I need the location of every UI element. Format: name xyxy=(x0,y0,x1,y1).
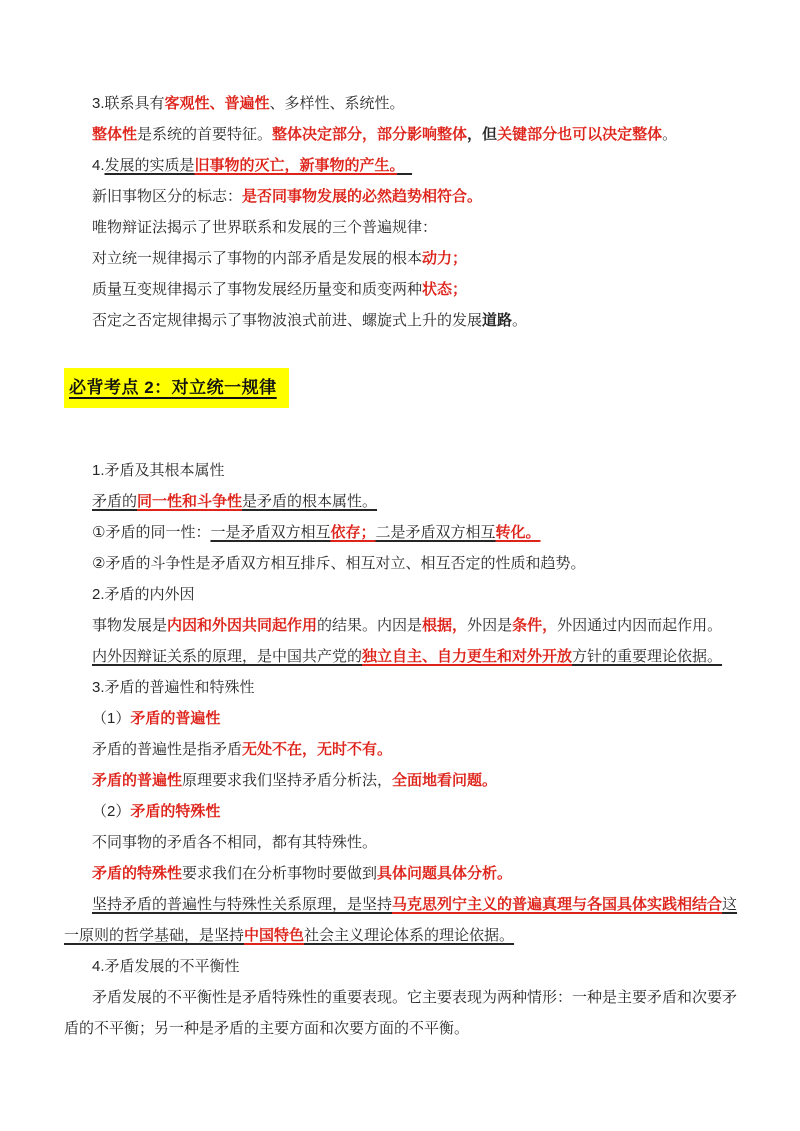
text-run: 根据， xyxy=(422,617,467,634)
paragraph: 内外因辩证关系的原理，是中国共产党的独立自主、自力更生和对外开放方针的重要理论依… xyxy=(64,641,744,672)
text-run: 社会主义理论体系的理论依据。 xyxy=(304,927,514,944)
text-run: 转化 xyxy=(496,524,526,541)
text-run: 是系统的首要特征。 xyxy=(137,126,272,143)
text-run: 3.联系具有 xyxy=(92,95,165,112)
text-run: 矛盾的普遍性 xyxy=(130,710,220,727)
text-run: ②矛盾的斗争性是矛盾双方相互排斥、相互对立、相互否定的性质和趋势。 xyxy=(92,555,585,572)
text-run: 2.矛盾的内外因 xyxy=(92,586,195,603)
paragraph: （2）矛盾的特殊性 xyxy=(64,796,744,827)
paragraph: 矛盾的同一性和斗争性是矛盾的根本属性。 xyxy=(64,486,744,517)
section-heading: 必背考点 2：对立统一规律 xyxy=(64,368,289,408)
paragraph: 1.矛盾及其根本属性 xyxy=(64,455,744,486)
paragraph: 矛盾的特殊性要求我们在分析事物时要做到具体问题具体分析。 xyxy=(64,858,744,889)
text-run: 全面地看问题。 xyxy=(392,772,497,789)
paragraph: 不同事物的矛盾各不相同，都有其特殊性。 xyxy=(64,827,744,858)
text-run: 客观性、普遍性 xyxy=(165,95,270,112)
document-page: 3.联系具有客观性、普遍性、多样性、系统性。整体性是系统的首要特征。整体决定部分… xyxy=(0,0,800,1131)
text-run: 。 xyxy=(512,312,527,329)
text-run: 整体性 xyxy=(92,126,137,143)
paragraph: 事物发展是内因和外因共同起作用的结果。内因是根据，外因是条件，外因通过内因而起作… xyxy=(64,610,744,641)
paragraph: 新旧事物区分的标志：是否同事物发展的必然趋势相符合。 xyxy=(64,181,744,212)
text-run: 。 xyxy=(526,524,541,541)
notes-block-dialectics-overview: 3.联系具有客观性、普遍性、多样性、系统性。整体性是系统的首要特征。整体决定部分… xyxy=(64,88,744,336)
text-run: 4. xyxy=(92,157,105,174)
paragraph: （1）矛盾的普遍性 xyxy=(64,703,744,734)
text-run: 坚持矛盾的普遍性与特殊性关系原理，是坚持 xyxy=(92,896,392,913)
text-run: 原理要求我们坚持矛盾分析法， xyxy=(182,772,392,789)
text-run: 二是矛盾双方相互 xyxy=(375,524,495,541)
paragraph: 对立统一规律揭示了事物的内部矛盾是发展的根本动力； xyxy=(64,243,744,274)
paragraph: 4.矛盾发展的不平衡性 xyxy=(64,951,744,982)
paragraph: 3.联系具有客观性、普遍性、多样性、系统性。 xyxy=(64,88,744,119)
text-run: 4.矛盾发展的不平衡性 xyxy=(92,958,240,975)
text-run: 具体问题具体分析。 xyxy=(377,865,512,882)
text-run: 1.矛盾及其根本属性 xyxy=(92,462,225,479)
paragraph: 矛盾的普遍性原理要求我们坚持矛盾分析法，全面地看问题。 xyxy=(64,765,744,796)
paragraph: 4.发展的实质是旧事物的灭亡，新事物的产生。 xyxy=(64,150,744,181)
text-run: 外因通过内因而起作用。 xyxy=(557,617,722,634)
paragraph: 整体性是系统的首要特征。整体决定部分，部分影响整体，但关键部分也可以决定整体。 xyxy=(64,119,744,150)
paragraph: 2.矛盾的内外因 xyxy=(64,579,744,610)
text-run: 旧事物的灭亡，新事物的产生。 xyxy=(195,157,398,174)
text-run: 要求我们在分析事物时要做到 xyxy=(182,865,377,882)
text-run: 唯物辩证法揭示了世界联系和发展的三个普遍规律： xyxy=(92,219,437,236)
text-run: 内因和外因共同起作用 xyxy=(167,617,317,634)
text-run: 关键部分也可以决定整体 xyxy=(497,126,662,143)
text-run: 质量互变规律揭示了事物发展经历量变和质变两种 xyxy=(92,281,422,298)
text-run: 整体决定部分，部分影响整体 xyxy=(272,126,467,143)
text-run: 不同事物的矛盾各不相同，都有其特殊性。 xyxy=(92,834,377,851)
paragraph: 坚持矛盾的普遍性与特殊性关系原理，是坚持马克思列宁主义的普遍真理与各国具体实践相… xyxy=(64,889,744,951)
text-run: 条件， xyxy=(512,617,557,634)
text-run: 的结果。内因是 xyxy=(317,617,422,634)
text-run: ①矛盾的同一性： xyxy=(92,524,210,541)
text-run: 独立自主、自力更生和对外开放 xyxy=(362,648,572,665)
text-run: 一是矛盾双方相互 xyxy=(210,524,330,541)
text-run: 道路 xyxy=(482,312,512,329)
text-run xyxy=(397,157,412,174)
text-run: 矛盾的特殊性 xyxy=(130,803,220,820)
text-run: 矛盾的普遍性是指矛盾 xyxy=(92,741,242,758)
text-run: 马克思列宁主义的普遍真理与各国具体实践相结合 xyxy=(392,896,722,913)
text-run: 内外因辩证关系的原理，是中国共产党的 xyxy=(92,648,362,665)
text-run: 。 xyxy=(662,126,677,143)
text-run: 是否同事物发展的必然趋势相符合。 xyxy=(242,188,482,205)
text-run: 对立统一规律揭示了事物的内部矛盾是发展的根本 xyxy=(92,250,422,267)
text-run: 方针的重要理论依据。 xyxy=(572,648,722,665)
text-run: 是矛盾的根本属性。 xyxy=(242,493,377,510)
notes-block-contradiction-law: 1.矛盾及其根本属性矛盾的同一性和斗争性是矛盾的根本属性。①矛盾的同一性：一是矛… xyxy=(64,455,744,1044)
text-run: 3.矛盾的普遍性和特殊性 xyxy=(92,679,255,696)
text-run: 事物发展是 xyxy=(92,617,167,634)
text-run: （1） xyxy=(92,710,130,727)
text-run: 中国特色 xyxy=(244,927,304,944)
paragraph: 3.矛盾的普遍性和特殊性 xyxy=(64,672,744,703)
text-run: 、多样性、系统性。 xyxy=(270,95,405,112)
text-run: 依存； xyxy=(330,524,375,541)
paragraph: 矛盾的普遍性是指矛盾无处不在，无时不有。 xyxy=(64,734,744,765)
text-run: 矛盾的 xyxy=(92,493,137,510)
text-run: 否定之否定规律揭示了事物波浪式前进、螺旋式上升的发展 xyxy=(92,312,482,329)
text-run: 动力； xyxy=(422,250,467,267)
paragraph: ①矛盾的同一性：一是矛盾双方相互依存；二是矛盾双方相互转化。 xyxy=(64,517,744,548)
text-run: 新旧事物区分的标志： xyxy=(92,188,242,205)
text-run: 矛盾发展的不平衡性是矛盾特殊性的重要表现。它主要表现为两种情形：一种是主要矛盾和… xyxy=(64,989,737,1037)
text-run: 状态； xyxy=(422,281,467,298)
text-run: （2） xyxy=(92,803,130,820)
paragraph: 否定之否定规律揭示了事物波浪式前进、螺旋式上升的发展道路。 xyxy=(64,305,744,336)
paragraph: 质量互变规律揭示了事物发展经历量变和质变两种状态； xyxy=(64,274,744,305)
text-run: 同一性和斗争性 xyxy=(137,493,242,510)
text-run: 矛盾的普遍性 xyxy=(92,772,182,789)
paragraph: 矛盾发展的不平衡性是矛盾特殊性的重要表现。它主要表现为两种情形：一种是主要矛盾和… xyxy=(64,982,744,1044)
text-run: 无处不在，无时不有。 xyxy=(242,741,392,758)
text-run: ，但 xyxy=(467,126,497,143)
paragraph: 唯物辩证法揭示了世界联系和发展的三个普遍规律： xyxy=(64,212,744,243)
section-heading-row: 必背考点 2：对立统一规律 xyxy=(64,368,744,408)
text-run: 发展的实质是 xyxy=(105,157,195,174)
paragraph: ②矛盾的斗争性是矛盾双方相互排斥、相互对立、相互否定的性质和趋势。 xyxy=(64,548,744,579)
text-run: 矛盾的特殊性 xyxy=(92,865,182,882)
text-run: 外因是 xyxy=(467,617,512,634)
